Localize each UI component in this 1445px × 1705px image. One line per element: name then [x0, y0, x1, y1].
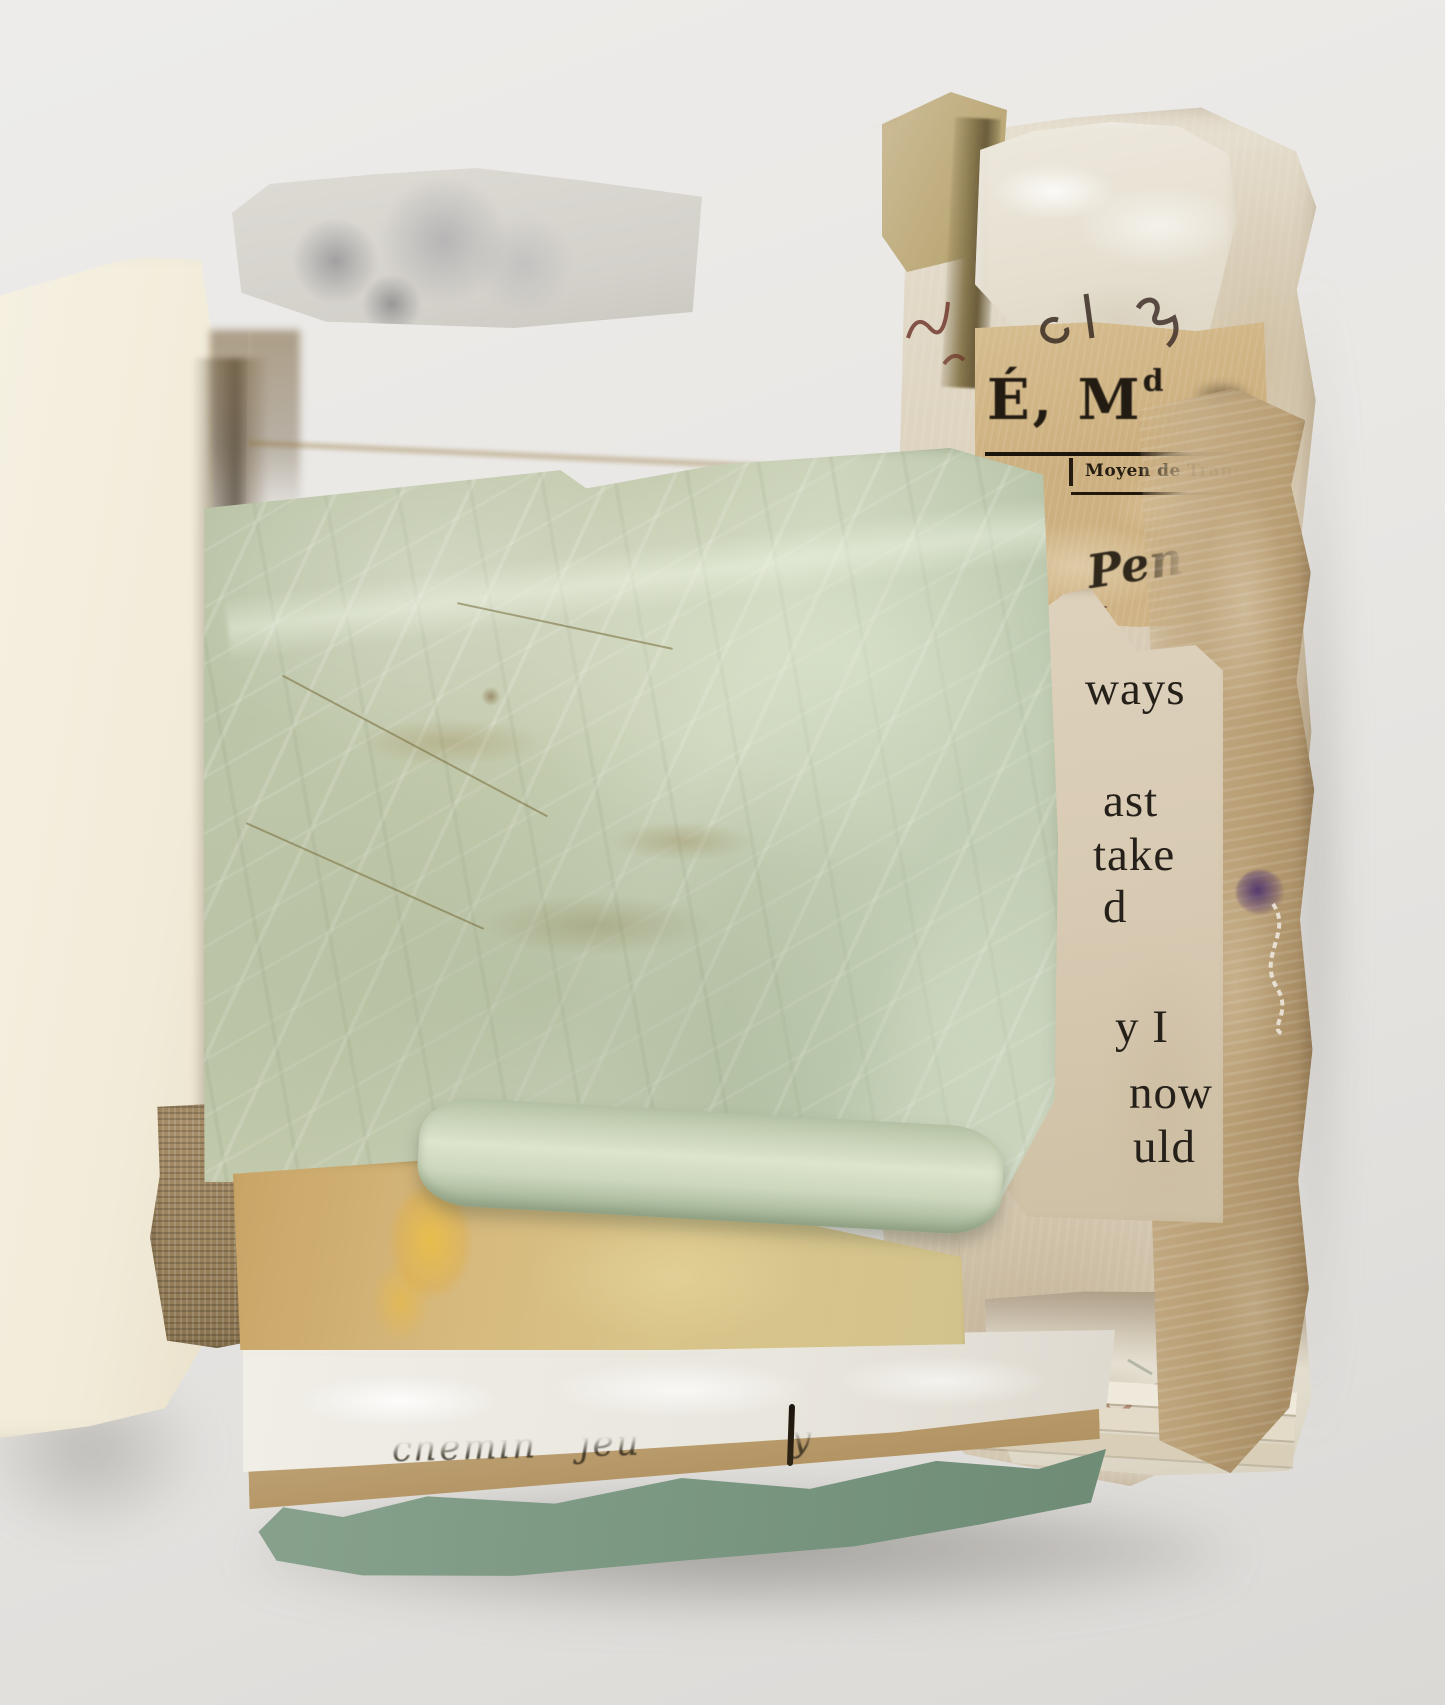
book-text-fragment: uld [1133, 1120, 1196, 1174]
book-text-fragment: take [1093, 828, 1175, 882]
tissue-crease-highlight [224, 493, 1085, 661]
printed-divider [1069, 458, 1073, 486]
book-text-fragment: y I [1115, 1000, 1169, 1054]
plant-strand [282, 675, 548, 818]
red-script-mark [908, 302, 948, 338]
sage-tissue-paper [195, 445, 1065, 1207]
book-text-fragment: ast [1103, 774, 1158, 828]
plant-strand [246, 822, 484, 930]
faded-script-squiggles [880, 268, 1260, 388]
thread-path [1271, 904, 1283, 1034]
junk-journal-photo: É, Md Moyen de Tranport et d Pen ways as… [0, 0, 1445, 1705]
script-fragment: jeu [579, 1423, 642, 1466]
white-stitch-thread [1243, 898, 1307, 1038]
book-text-fragment: ways [1085, 662, 1186, 716]
dark-script-mark [1138, 300, 1176, 346]
dark-script-mark [1043, 294, 1092, 341]
book-text-fragment: d [1103, 880, 1128, 934]
red-script-mark [944, 356, 964, 364]
book-text-fragment: now [1129, 1066, 1213, 1120]
